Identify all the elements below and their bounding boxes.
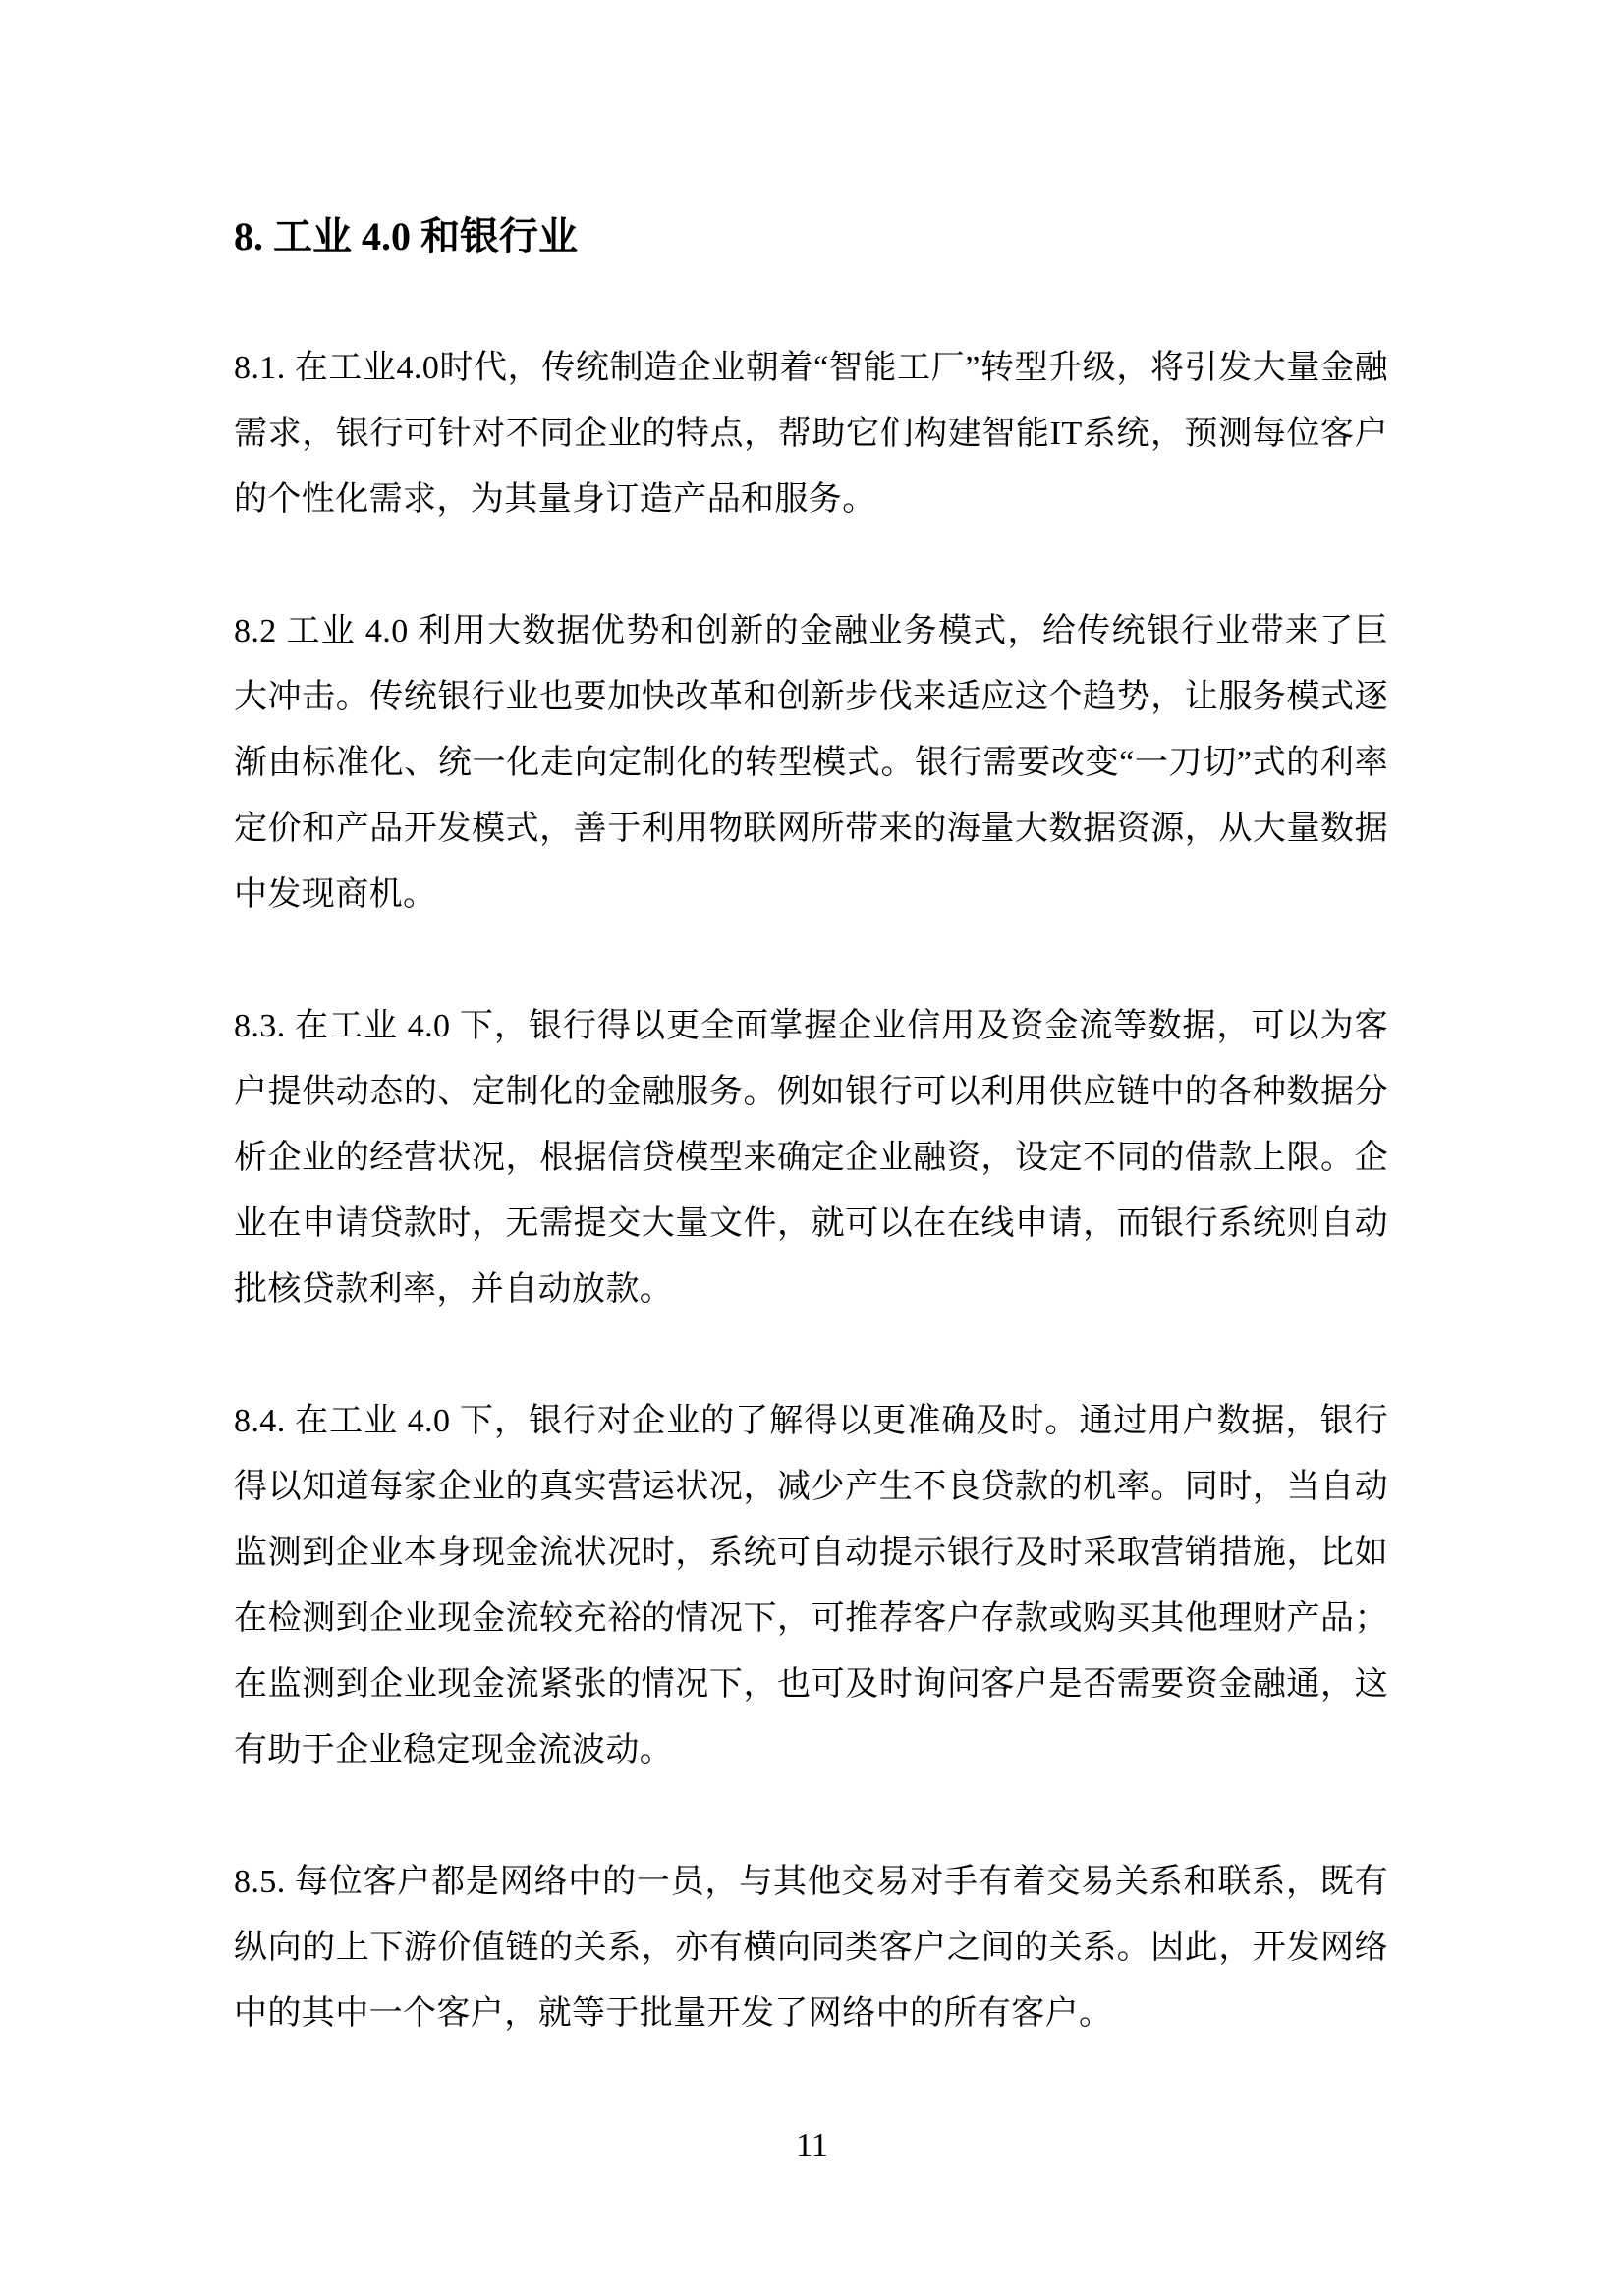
- paragraph-8-4: 8.4. 在工业 4.0 下，银行对企业的了解得以更准确及时。通过用户数据，银行…: [234, 1388, 1388, 1783]
- document-content: 8. 工业 4.0 和银行业 8.1. 在工业4.0时代，传统制造企业朝着“智能…: [234, 203, 1388, 2046]
- paragraph-8-3: 8.3. 在工业 4.0 下，银行得以更全面掌握企业信用及资金流等数据，可以为客…: [234, 993, 1388, 1322]
- page-number: 11: [0, 2112, 1624, 2178]
- document-page: 8. 工业 4.0 和银行业 8.1. 在工业4.0时代，传统制造企业朝着“智能…: [0, 0, 1624, 2296]
- paragraph-8-5: 8.5. 每位客户都是网络中的一员，与其他交易对手有着交易关系和联系，既有纵向的…: [234, 1849, 1388, 2046]
- paragraph-8-2: 8.2 工业 4.0 利用大数据优势和创新的金融业务模式，给传统银行业带来了巨大…: [234, 598, 1388, 927]
- paragraph-8-1: 8.1. 在工业4.0时代，传统制造企业朝着“智能工厂”转型升级，将引发大量金融…: [234, 335, 1388, 532]
- section-heading: 8. 工业 4.0 和银行业: [234, 203, 1388, 269]
